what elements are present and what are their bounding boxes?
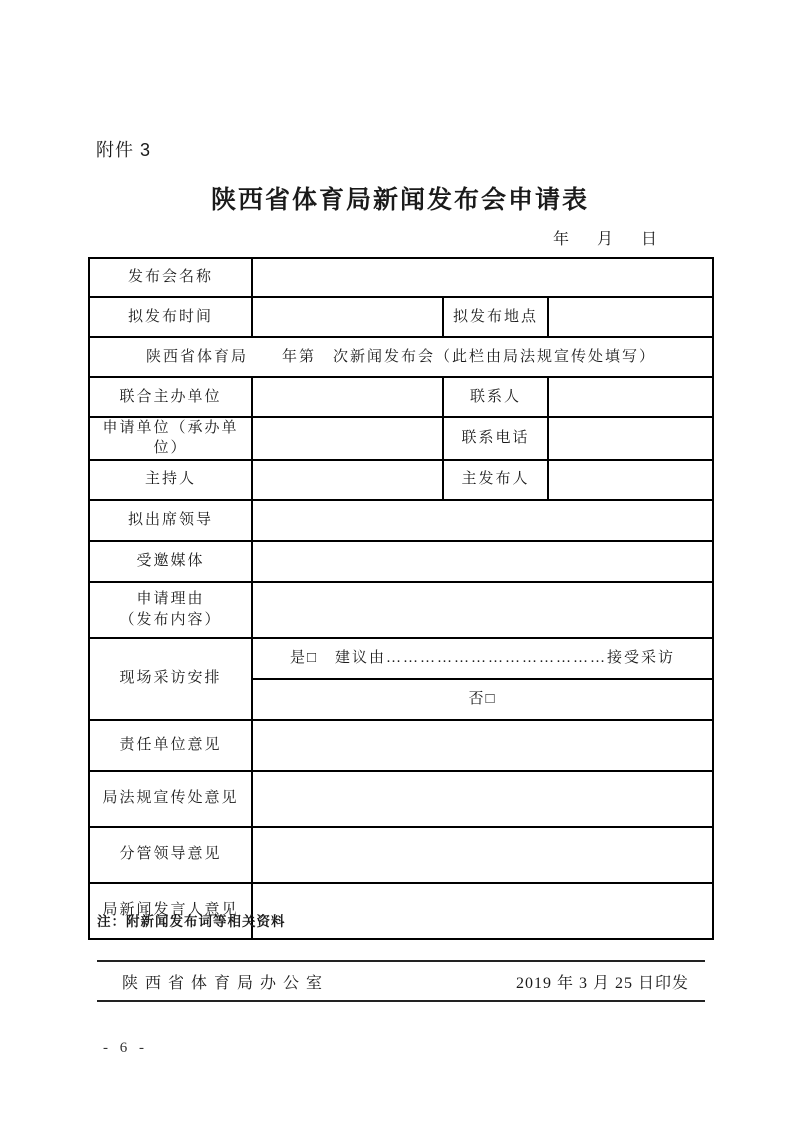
row-attending-leaders: 拟出席领导 <box>89 500 713 541</box>
interview-yes-text: 是□ 建议由…………………………………接受采访 <box>290 650 675 666</box>
field-contact-person[interactable] <box>548 377 713 417</box>
field-main-presenter[interactable] <box>548 460 713 500</box>
application-reason-label-line1: 申请理由 <box>136 591 204 607</box>
field-application-reason[interactable] <box>252 582 713 638</box>
field-leader-opinion[interactable] <box>252 827 713 883</box>
main-presenter-label: 主发布人 <box>443 460 548 500</box>
contact-person-label: 联系人 <box>443 377 548 417</box>
field-host[interactable] <box>252 460 443 500</box>
attending-leaders-label: 拟出席领导 <box>89 500 252 541</box>
row-leader-opinion: 分管领导意见 <box>89 827 713 883</box>
field-conference-name[interactable] <box>252 258 713 297</box>
field-applicant-unit[interactable] <box>252 417 443 460</box>
attachment-note: 注：附新闻发布词等相关资料 <box>97 910 286 930</box>
row-applicant-unit: 申请单位（承办单位） 联系电话 <box>89 417 713 460</box>
application-reason-label: 申请理由 （发布内容） <box>89 582 252 638</box>
leader-opinion-label: 分管领导意见 <box>89 827 252 883</box>
row-joint-organizer: 联合主办单位 联系人 <box>89 377 713 417</box>
legal-office-opinion-label: 局法规宣传处意见 <box>89 771 252 827</box>
page-title: 陕西省体育局新闻发布会申请表 <box>0 180 800 216</box>
application-reason-label-line2: （发布内容） <box>119 612 221 628</box>
publish-time-label: 拟发布时间 <box>89 297 252 337</box>
issue-date: 2019 年 3 月 25 日印发 <box>516 970 705 993</box>
row-interview-yes: 现场采访安排 是□ 建议由…………………………………接受采访 <box>89 638 713 679</box>
publish-place-label: 拟发布地点 <box>443 297 548 337</box>
field-publish-time[interactable] <box>252 297 443 337</box>
date-fill-line[interactable]: 年 月 日 <box>553 226 663 249</box>
row-responsible-unit-opinion: 责任单位意见 <box>89 720 713 771</box>
responsible-unit-opinion-label: 责任单位意见 <box>89 720 252 771</box>
interview-option-yes[interactable]: 是□ 建议由…………………………………接受采访 <box>252 638 713 679</box>
row-legal-office-opinion: 局法规宣传处意见 <box>89 771 713 827</box>
field-spokesperson-opinion[interactable] <box>252 883 713 939</box>
field-responsible-unit-opinion[interactable] <box>252 720 713 771</box>
bureau-session-text: 陕西省体育局 年第 次新闻发布会（此栏由局法规宣传处填写） <box>146 349 656 365</box>
invited-media-label: 受邀媒体 <box>89 541 252 582</box>
field-publish-place[interactable] <box>548 297 713 337</box>
interview-arrangement-label: 现场采访安排 <box>89 638 252 720</box>
interview-option-no[interactable]: 否□ <box>252 679 713 720</box>
document-page: 附件 3 陕西省体育局新闻发布会申请表 年 月 日 发布会名称 拟发布时间 拟发… <box>0 0 800 1131</box>
interview-no-text: 否□ <box>468 691 496 707</box>
field-contact-phone[interactable] <box>548 417 713 460</box>
applicant-unit-label: 申请单位（承办单位） <box>89 417 252 460</box>
attachment-label: 附件 3 <box>96 136 151 162</box>
field-invited-media[interactable] <box>252 541 713 582</box>
application-form-table: 发布会名称 拟发布时间 拟发布地点 陕西省体育局 年第 次新闻发布会（此栏由局法… <box>88 257 714 940</box>
page-number: - 6 - <box>103 1040 148 1057</box>
field-joint-organizer[interactable] <box>252 377 443 417</box>
row-conference-name: 发布会名称 <box>89 258 713 297</box>
host-label: 主持人 <box>89 460 252 500</box>
row-publish-time-place: 拟发布时间 拟发布地点 <box>89 297 713 337</box>
conference-name-label: 发布会名称 <box>89 258 252 297</box>
contact-phone-label: 联系电话 <box>443 417 548 460</box>
row-bureau-session: 陕西省体育局 年第 次新闻发布会（此栏由局法规宣传处填写） <box>89 337 713 377</box>
issuance-footer: 陕西省体育局办公室 2019 年 3 月 25 日印发 <box>97 960 705 1002</box>
field-legal-office-opinion[interactable] <box>252 771 713 827</box>
bureau-session-cell[interactable]: 陕西省体育局 年第 次新闻发布会（此栏由局法规宣传处填写） <box>89 337 713 377</box>
field-attending-leaders[interactable] <box>252 500 713 541</box>
row-application-reason: 申请理由 （发布内容） <box>89 582 713 638</box>
row-invited-media: 受邀媒体 <box>89 541 713 582</box>
joint-organizer-label: 联合主办单位 <box>89 377 252 417</box>
issuing-office: 陕西省体育局办公室 <box>97 970 329 993</box>
row-host: 主持人 主发布人 <box>89 460 713 500</box>
